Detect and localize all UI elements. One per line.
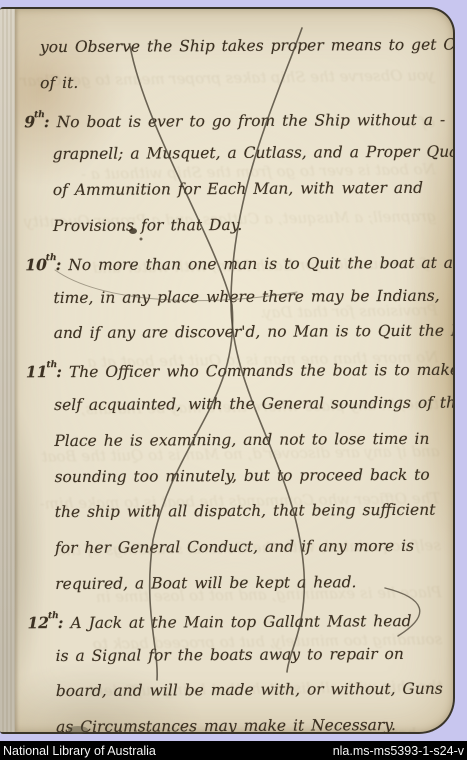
manuscript-line: you Observe the Ship takes proper means … <box>6 28 441 66</box>
manuscript-line: as Circumstances may make it Necessary. <box>10 708 445 734</box>
manuscript-line-text: Place he is examining, and not to lose t… <box>54 430 429 450</box>
manuscript-line-text: No more than one man is to Quit the boat… <box>68 254 453 274</box>
manuscript-line-text: self acquainted, with the General soundi… <box>54 394 455 415</box>
manuscript-line-text: as Circumstances may make it Necessary. <box>56 716 396 734</box>
manuscript-line: for her General Conduct, and if any more… <box>9 529 444 567</box>
manuscript-line-text: A Jack at the Main top Gallant Mast head <box>70 612 411 632</box>
manuscript-line: and if any are discover'd, no Man is to … <box>8 314 443 352</box>
manuscript-line: required, a Boat will be kept a head. <box>9 565 444 603</box>
manuscript-line: 9th:No boat is ever to go from the Ship … <box>6 99 441 137</box>
manuscript-line-text: No boat is ever to go from the Ship with… <box>57 110 446 130</box>
footer-bar: National Library of Australia nla.ms-ms5… <box>0 741 467 760</box>
manuscript-line: 10th:No more than one man is to Quit the… <box>7 242 442 280</box>
manuscript-line: 12th:A Jack at the Main top Gallant Mast… <box>9 600 444 638</box>
scanned-manuscript-viewer: you Observe the Ship takes proper means … <box>0 0 467 760</box>
item-number: 12th: <box>27 613 63 632</box>
manuscript-line: Provisions for that Day. <box>7 207 442 245</box>
manuscript-lines: you Observe the Ship takes proper means … <box>6 28 445 734</box>
manuscript-line-text: time, in any place where there may be In… <box>53 286 439 306</box>
manuscript-line-text: of it. <box>40 74 78 92</box>
manuscript-line-text: of Ammunition for Each Man, with water a… <box>53 179 423 199</box>
manuscript-line-text: is a Signal for the boats away to repair… <box>56 644 404 664</box>
manuscript-line: of it. <box>6 63 441 101</box>
manuscript-line: Place he is examining, and not to lose t… <box>8 421 443 459</box>
manuscript-line-text: for her General Conduct, and if any more… <box>55 537 414 557</box>
manuscript-line-text: and if any are discover'd, no Man is to … <box>54 322 455 343</box>
manuscript-line-text: sounding too minutely, but to proceed ba… <box>54 465 429 485</box>
manuscript-line-text: grapnell; a Musquet, a Cutlass, and a Pr… <box>53 143 455 164</box>
manuscript-page: you Observe the Ship takes proper means … <box>0 7 455 734</box>
manuscript-line-text: required, a Boat will be kept a head. <box>55 573 356 593</box>
manuscript-line: grapnell; a Musquet, a Cutlass, and a Pr… <box>6 135 441 173</box>
manuscript-line: self acquainted, with the General soundi… <box>8 386 443 424</box>
item-number: 11th: <box>26 362 62 381</box>
manuscript-line: is a Signal for the boats away to repair… <box>10 636 445 674</box>
item-number: 9th: <box>24 112 49 131</box>
manuscript-line-text: the ship with all dispatch, that being s… <box>55 501 436 521</box>
library-name: National Library of Australia <box>3 744 156 758</box>
manuscript-line: time, in any place where there may be In… <box>7 278 442 316</box>
manuscript-line-text: The Officer who Commands the boat is to … <box>69 361 455 382</box>
manuscript-line: sounding too minutely, but to proceed ba… <box>8 457 443 495</box>
manuscript-line: the ship with all dispatch, that being s… <box>9 493 444 531</box>
item-number: 10th: <box>25 255 61 274</box>
image-id: nla.ms-ms5393-1-s24-v <box>333 744 464 758</box>
manuscript-line: of Ammunition for Each Man, with water a… <box>7 171 442 209</box>
manuscript-line: board, and will be made with, or without… <box>10 672 445 710</box>
manuscript-line-text: you Observe the Ship takes proper means … <box>40 35 455 56</box>
manuscript-line-text: Provisions for that Day. <box>53 216 242 235</box>
manuscript-line: 11th:The Officer who Commands the boat i… <box>8 350 443 388</box>
manuscript-line-text: board, and will be made with, or without… <box>56 680 443 700</box>
